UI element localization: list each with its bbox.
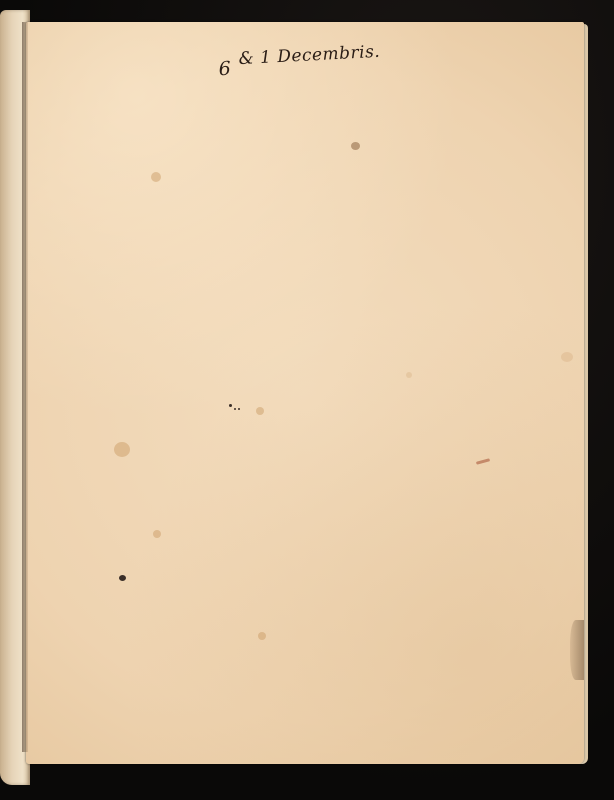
book-page: [26, 22, 584, 764]
binding-gutter: [22, 22, 28, 752]
annotation-number: 6: [218, 58, 232, 81]
ink-speck: [234, 408, 236, 410]
foxing-spot: [114, 442, 130, 457]
foxing-spot: [561, 352, 573, 362]
ink-mark: [476, 458, 490, 465]
foxing-spot: [258, 632, 266, 640]
foxing-spot: [406, 372, 412, 378]
foxing-spot: [351, 142, 360, 150]
ink-speck: [238, 408, 240, 410]
foxing-spot: [151, 172, 161, 182]
foxing-spot: [256, 407, 264, 415]
foxing-spot: [153, 530, 161, 538]
edge-stain: [570, 620, 584, 680]
ink-blot: [119, 575, 126, 581]
ink-speck: [229, 404, 232, 407]
